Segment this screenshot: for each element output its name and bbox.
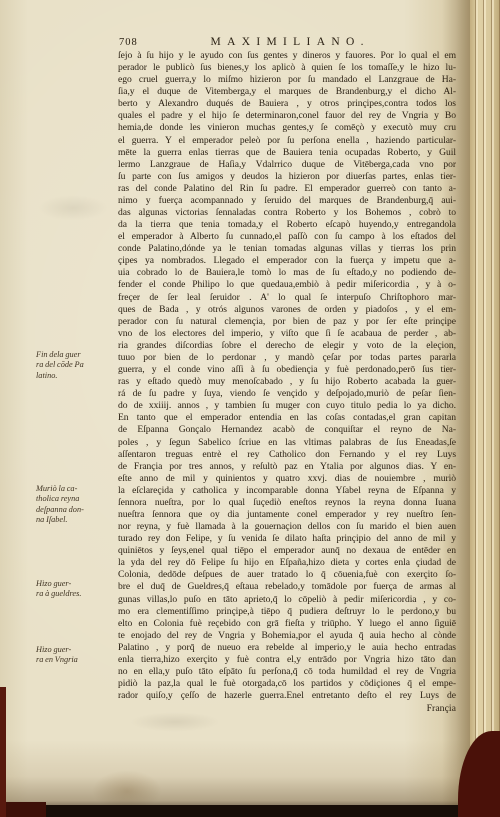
catchword: Françia: [118, 703, 456, 714]
margin-note-line: Hizo guer-: [36, 645, 118, 655]
book-photo: 708 MAXIMILIANO. ſejo à ſu hijo y le ayu…: [0, 0, 500, 817]
margin-note-war-on-gueldres: Hizo guer-ra à gueldres.: [36, 579, 118, 600]
text-line: Palatino , y porq̄ de nueuo era rebelde …: [118, 642, 456, 654]
text-line: çipes ya nombrados. Llegado el emperador…: [118, 255, 456, 267]
margin-note-line: latino.: [36, 371, 118, 381]
margin-note-line: na Iſabel.: [36, 515, 118, 525]
text-line: el emperador à Alberto ſu cunnado,el paſ…: [118, 231, 456, 243]
text-line: vno de los electores del imperio, y viſt…: [118, 328, 456, 340]
text-line: enla tierra,hizo exerçito y fuè contra e…: [118, 654, 456, 666]
text-line: perador con ſu natural clemençia, por bi…: [118, 316, 456, 328]
text-line: ego cruel guerra,y lo miſmo hizieron por…: [118, 74, 456, 86]
text-line: aſſentaron treguas entrè el rey Catholic…: [118, 449, 456, 461]
margin-note-line: tholica reyna: [36, 494, 118, 504]
text-line: uia cobrado lo de Bauiera,le tomò lo mas…: [118, 267, 456, 279]
margin-note-line: Muriò la ca-: [36, 484, 118, 494]
text-line: ſia,y el duque de Vitemberga,y el marque…: [118, 86, 456, 98]
margin-note-line: ra del cōde Pa: [36, 360, 118, 370]
background-strip: [0, 805, 500, 817]
text-line: do de xxiiij. annos , y tambien ſu muger…: [118, 400, 456, 412]
text-line: quales el padre y el hijo ſe determinaro…: [118, 110, 456, 122]
text-line: tuuo por bien de lo perdonar , y mandò ç…: [118, 352, 456, 364]
text-line: poles , y ſegun Sabelico ſcriue en las v…: [118, 437, 456, 449]
text-line: da la tierra que tenia tomada,y el Rober…: [118, 219, 456, 231]
text-line: eſte anno de mil y quinientos y quatro x…: [118, 473, 456, 485]
text-line: pidiò la paz,la qual le fuè otorgada,cō …: [118, 678, 456, 690]
margin-note-line: ra en Vngria: [36, 655, 118, 665]
text-line: de Françia por tres annos, y reſultò paz…: [118, 461, 456, 473]
fore-edge-pages: [470, 0, 500, 806]
text-line: no en ella,y puſo tāto eſpāto ſu perſona…: [118, 666, 456, 678]
text-line: ras del conde Palatino del Rin ſu padre.…: [118, 183, 456, 195]
gutter-shadow: [442, 0, 472, 806]
text-line: fender el conde Philipo lo que quedaua,e…: [118, 279, 456, 291]
margin-note-line: Hizo guer-: [36, 579, 118, 589]
text-line: Colonia, dedōde deſpues de auer tratado …: [118, 569, 456, 581]
text-line: guerra, y el conde vino aſſi à ſu obedie…: [118, 364, 456, 376]
text-line: rá de ſu padre y ſuya, viendo ſe vençido…: [118, 388, 456, 400]
text-line: das algunas victorias ſennaladas contra …: [118, 207, 456, 219]
text-line: de Eſpanna Gonçalo Hernandez acabò de co…: [118, 424, 456, 436]
text-line: ria grandes diſcordias ſobre el derecho …: [118, 340, 456, 352]
page-curl-shading: [0, 740, 470, 806]
text-line: nimo y fuerça acompannado y ſeruido del …: [118, 195, 456, 207]
text-line: el guerra. Y el emperador peleò por ſu p…: [118, 135, 456, 147]
text-line: conde Palatino,dónde ya le tenian tomada…: [118, 243, 456, 255]
text-line: ques de Bada , y otrós algunos varones d…: [118, 304, 456, 316]
text-line: ſennora nueſtra, por lo qual ſuçediò ene…: [118, 497, 456, 509]
text-line: hemia,de donde les vinieron muchas gente…: [118, 122, 456, 134]
margin-note-line: deſpanna don-: [36, 505, 118, 515]
text-line: freçer de ſer leal ſeruidor . A' lo qual…: [118, 292, 456, 304]
paper-stain: [130, 712, 220, 732]
text-line: rador quiſo,y çeſſo de hazerle guerra.En…: [118, 690, 456, 702]
text-line: te enojado del rey de Vngria y Bohemia,p…: [118, 630, 456, 642]
margin-note-war-in-hungary: Hizo guer-ra en Vngria: [36, 645, 118, 666]
text-line: quiniētos y ſeys,enel qual tiēpo el empe…: [118, 545, 456, 557]
text-line: ſejo à ſu hijo y le ayudo con ſus gentes…: [118, 50, 456, 62]
text-line: bre el duq̄ de Gueldres,q̄ eſtaua rebela…: [118, 581, 456, 593]
text-line: berto y Alexandro duqués de Bauiera , y …: [118, 98, 456, 110]
text-line: lermo Lanzgraue de Haſia,y Vdalrrico duq…: [118, 159, 456, 171]
margin-note-line: Fin dela guer: [36, 350, 118, 360]
text-line: mo era clementiſſimo prinçipe,à tiēpo q̄…: [118, 606, 456, 618]
text-line: la yda del rey dō Felipe ſu hijo en Eſpa…: [118, 557, 456, 569]
text-line: elto en Colonia fuè reçebido con grā fie…: [118, 618, 456, 630]
text-line: la eſclareçida y catholica y incomparabl…: [118, 485, 456, 497]
text-line: En tanto que el emperador entendia en la…: [118, 412, 456, 424]
text-line: gunas villas,lo puſo en tāto aprieto,q̄ …: [118, 594, 456, 606]
book-cover-left: [0, 802, 46, 817]
text-line: mēte la guerra enlas tierras que de Baui…: [118, 147, 456, 159]
text-line: ſu parte con ſus amigos y deudos la hizi…: [118, 171, 456, 183]
book-cover-left-edge: [0, 687, 6, 817]
book-page: 708 MAXIMILIANO. ſejo à ſu hijo y le ayu…: [0, 0, 470, 806]
margin-note-end-of-palatine-war: Fin dela guerra del cōde Palatino.: [36, 350, 118, 381]
text-line: ras y eſtado quedò muy menoſcabado , y ſ…: [118, 376, 456, 388]
main-text: ſejo à ſu hijo y le ayudo con ſus gentes…: [118, 50, 456, 702]
margin-note-line: ra à gueldres.: [36, 589, 118, 599]
text-line: perador le publicò ſus bienes,y los apli…: [118, 62, 456, 74]
text-line: nueſtra ſennora que oy dia juntamente co…: [118, 509, 456, 521]
running-header: MAXIMILIANO.: [118, 36, 456, 48]
text-line: turado rey don Felipe, y ſu venida ſe di…: [118, 533, 456, 545]
paper-stain: [38, 195, 108, 221]
text-line: nor reyna, y fuè llamada à la gouernaçio…: [118, 521, 456, 533]
margin-note-death-of-queen-isabel: Muriò la ca-tholica reynadeſpanna don-na…: [36, 484, 118, 525]
